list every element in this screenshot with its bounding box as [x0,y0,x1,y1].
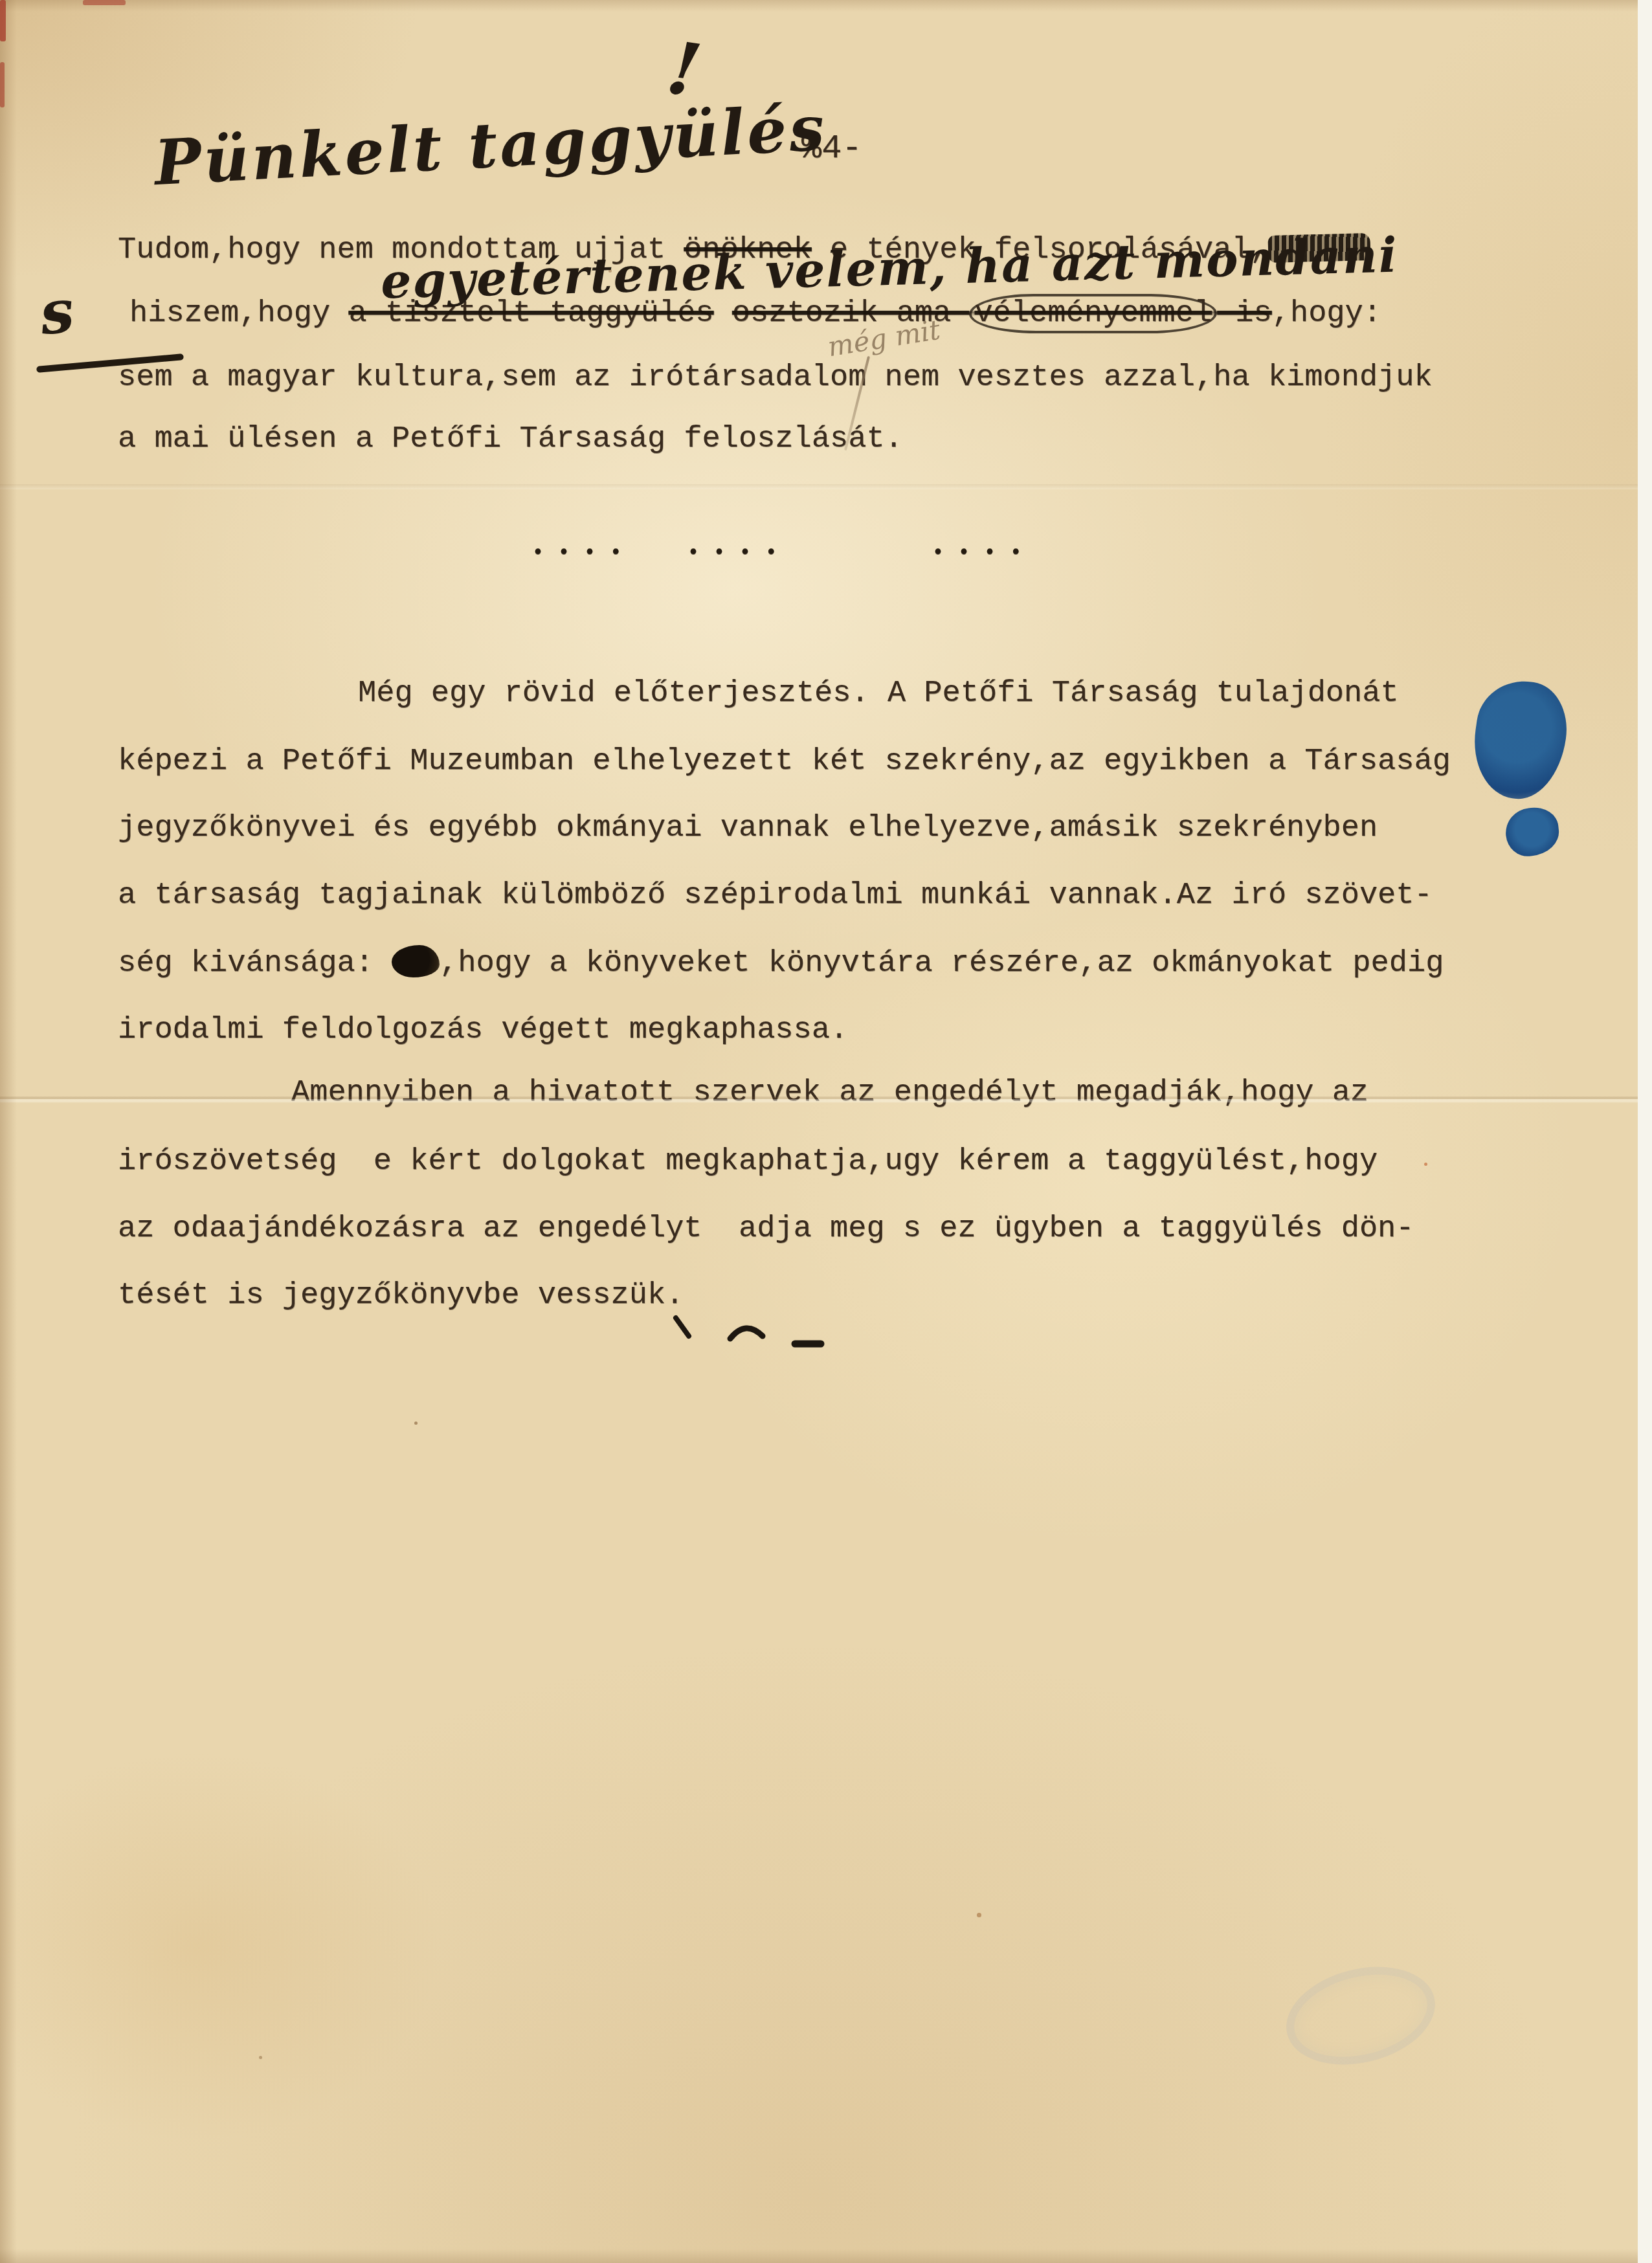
blue-ink-blot-small [1503,805,1561,858]
line-text: Amennyiben a hivatott szervek az engedél… [291,1076,1368,1110]
line-text: irodalmi feldolgozás végett megkaphassa. [118,1013,848,1047]
handwritten-heading: Pünkelt taggyülés [153,91,829,199]
struck-looped-word: véleményemmel [969,294,1217,333]
embossed-stamp-faint [1276,1952,1445,2079]
document-page: Pünkelt taggyülés ! %4- Tudom,hogy nem m… [0,0,1638,2263]
typed-line: irodalmi feldolgozás végett megkaphassa. [118,1013,848,1048]
blue-ink-blot-large [1467,675,1573,805]
line-text: jegyzőkönyvei és egyébb okmányai vannak … [118,811,1378,845]
handwritten-margin-letter: s [36,276,77,349]
line-text: Még egy rövid előterjesztés. A Petőfi Tá… [358,676,1399,711]
line-text: a társaság tagjainak külömböző szépiroda… [118,878,1433,913]
struck-phrase: is [1217,296,1272,331]
line-text: a mai ülésen a Petőfi Társaság feloszlás… [118,422,903,456]
typed-line: ség kivánsága: ,hogy a könyveket könyvtá… [118,945,1444,981]
separator-dots: •••• [687,541,791,564]
typed-line: képezi a Petőfi Muzeumban elhelyezett ké… [118,744,1451,779]
scan-edge-red-mark [0,0,6,41]
line-text: az odaajándékozásra az engedélyt adja me… [118,1212,1414,1246]
typed-line: a mai ülésen a Petőfi Társaság feloszlás… [118,422,903,457]
ink-blot-obliteration [392,945,440,977]
typed-line: jegyzőkönyvei és egyébb okmányai vannak … [118,811,1378,846]
typed-line: sem a magyar kultura,sem az irótársadalo… [118,361,1433,396]
scanner-background-strip [1638,0,1652,2263]
line-text: sem a magyar kultura,sem az irótársadalo… [118,361,1433,395]
paper-edge-shadow-bottom [0,2249,1638,2263]
line-text: ség kivánsága: [118,946,392,981]
typed-line: a társaság tagjainak külömböző szépiroda… [118,878,1433,913]
paper-edge-shadow-left [0,0,17,2263]
typed-line: irószövetség e kért dolgokat megkaphatja… [118,1144,1378,1179]
line-text [714,296,732,331]
typed-line: Amennyiben a hivatott szervek az engedél… [291,1076,1368,1111]
line-text: irószövetség e kért dolgokat megkaphatja… [118,1144,1378,1179]
paper-edge-shadow-top [0,0,1638,12]
line-text: képezi a Petőfi Muzeumban elhelyezett ké… [118,744,1451,779]
separator-dots: •••• [932,541,1036,564]
paper-specks [414,1421,418,1425]
line-text: ,hogy: [1272,296,1381,331]
separator-dots: •••• [532,541,636,564]
line-text: hiszem,hogy [129,296,348,331]
scan-edge-red-mark [83,0,126,5]
typed-line: Még egy rövid előterjesztés. A Petőfi Tá… [358,676,1399,711]
line-text: ,hogy a könyveket könyvtára részére,az o… [440,946,1444,981]
typed-line: hiszem,hogy a tisztelt taggyülés osztozi… [129,296,1381,331]
closing-squiggle-mark [667,1313,835,1358]
typed-line: tését is jegyzőkönyvbe vesszük. [118,1278,684,1313]
fold-crease [0,484,1638,489]
scan-edge-red-mark [0,62,5,107]
line-text: tését is jegyzőkönyvbe vesszük. [118,1278,684,1313]
typed-line: az odaajándékozásra az engedélyt adja me… [118,1212,1414,1247]
